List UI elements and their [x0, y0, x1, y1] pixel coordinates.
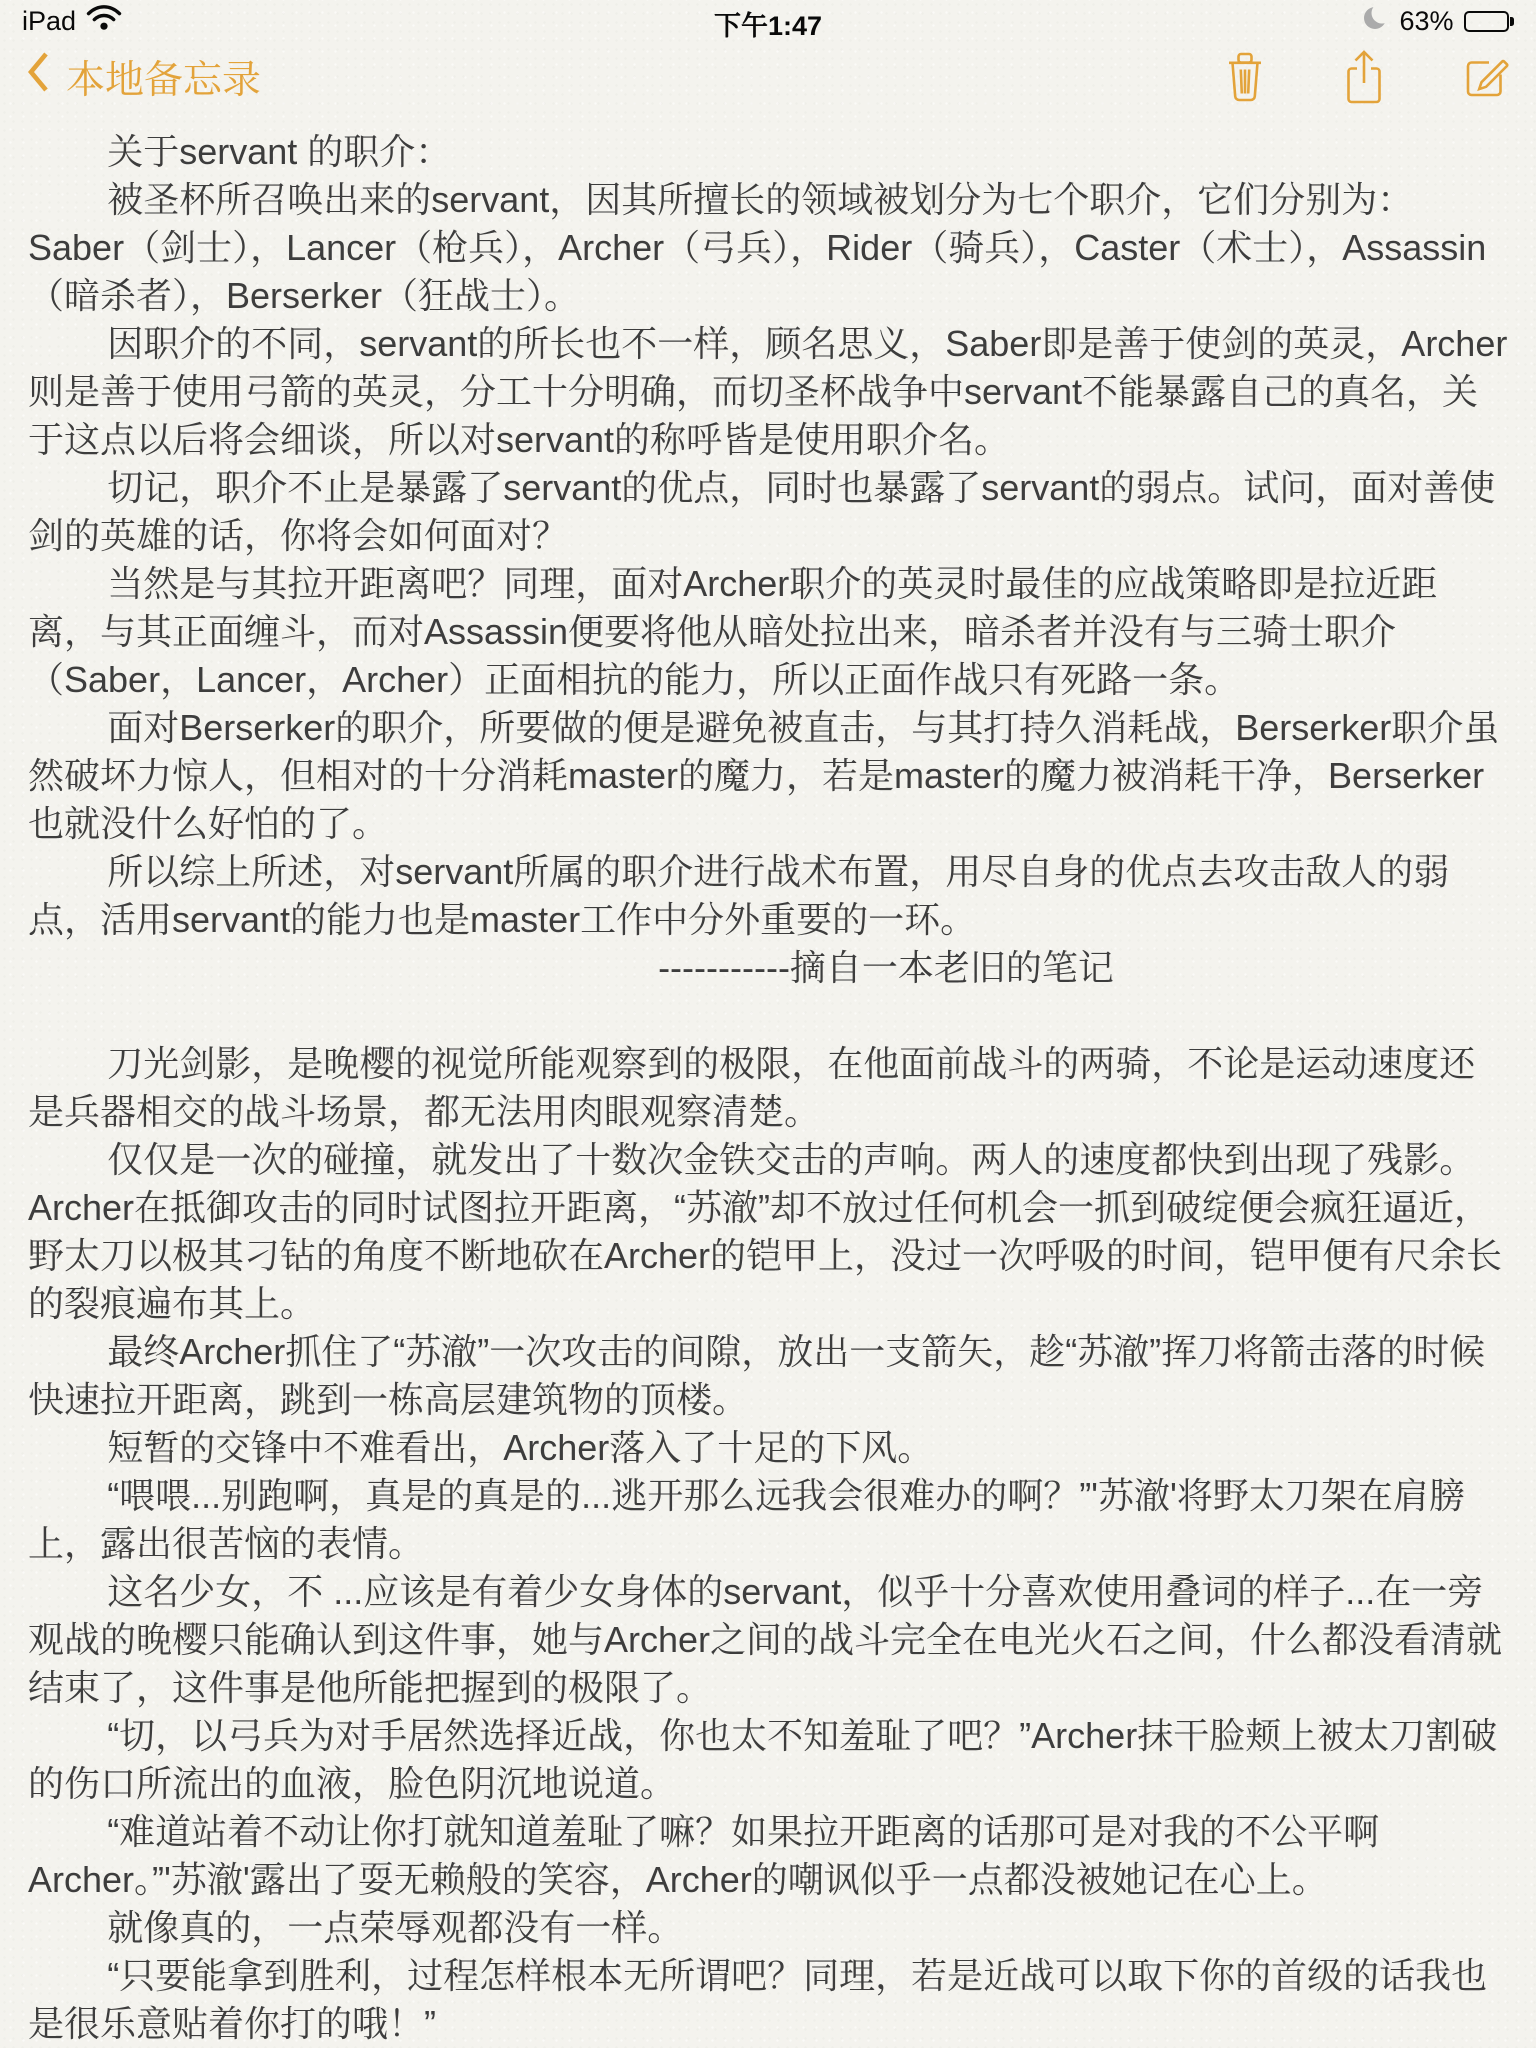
note-paragraph: 被圣杯所召唤出来的servant，因其所擅长的领域被划分为七个职介，它们分别为：…	[28, 176, 1508, 320]
share-note-button[interactable]	[1342, 49, 1386, 105]
note-paragraph: 仅仅是一次的碰撞，就发出了十数次金铁交击的声响。两人的速度都快到出现了残影。Ar…	[28, 1136, 1508, 1328]
note-paragraph: 当然是与其拉开距离吧？同理，面对Archer职介的英灵时最佳的应战策略即是拉近距…	[28, 560, 1508, 704]
note-paragraph: “切，以弓兵为对手居然选择近战，你也太不知羞耻了吧？”Archer抹干脸颊上被太…	[28, 1712, 1508, 1808]
navigation-bar: 本地备忘录	[0, 40, 1536, 114]
note-content[interactable]: 关于servant 的职介：被圣杯所召唤出来的servant，因其所擅长的领域被…	[0, 114, 1536, 2048]
blank-line	[28, 992, 1508, 1040]
compose-note-button[interactable]	[1462, 53, 1510, 101]
note-paragraph: “只要能拿到胜利，过程怎样根本无所谓吧？同理，若是近战可以取下你的首级的话我也是…	[28, 1952, 1508, 2048]
status-bar: iPad 下午1:47 63%	[0, 0, 1536, 40]
status-bar-left: iPad	[22, 4, 122, 38]
note-paragraph: 刀光剑影，是晚樱的视觉所能观察到的极限，在他面前战斗的两骑，不论是运动速度还是兵…	[28, 1040, 1508, 1136]
back-button[interactable]: 本地备忘录	[26, 49, 261, 105]
note-paragraph: 关于servant 的职介：	[28, 128, 1508, 176]
note-paragraph: 短暂的交锋中不难看出，Archer落入了十足的下风。	[28, 1424, 1508, 1472]
note-paragraph: 就像真的，一点荣辱观都没有一样。	[28, 1904, 1508, 1952]
notes-app-screen: iPad 下午1:47 63%	[0, 0, 1536, 2048]
status-bar-right: 63%	[1362, 4, 1514, 38]
delete-note-button[interactable]	[1224, 52, 1266, 102]
trash-icon	[1224, 52, 1266, 102]
compose-icon	[1462, 53, 1510, 101]
battery-percent: 63%	[1399, 6, 1453, 37]
note-paragraph: “喂喂...别跑啊，真是的真是的...逃开那么远我会很难办的啊？”'苏澈'将野太…	[28, 1472, 1508, 1568]
attribution-line: -----------摘自一本老旧的笔记	[146, 944, 1536, 992]
share-icon	[1342, 49, 1386, 105]
note-paragraph: 最终Archer抓住了“苏澈”一次攻击的间隙，放出一支箭矢，趁“苏澈”挥刀将箭击…	[28, 1328, 1508, 1424]
note-paragraph: 切记，职介不止是暴露了servant的优点，同时也暴露了servant的弱点。试…	[28, 464, 1508, 560]
note-paragraph: 因职介的不同，servant的所长也不一样，顾名思义，Saber即是善于使剑的英…	[28, 320, 1508, 464]
crescent-moon-icon	[1362, 4, 1389, 38]
note-paragraph: “难道站着不动让你打就知道羞耻了嘛？如果拉开距离的话那可是对我的不公平啊Arch…	[28, 1808, 1508, 1904]
clock: 下午1:47	[0, 4, 1536, 43]
note-paragraph: 这名少女，不 ...应该是有着少女身体的servant，似乎十分喜欢使用叠词的样…	[28, 1568, 1508, 1712]
note-paragraph: 面对Berserker的职介，所要做的便是避免被直击，与其打持久消耗战，Bers…	[28, 704, 1508, 848]
device-label: iPad	[22, 6, 76, 37]
wifi-icon	[86, 4, 122, 38]
note-paragraph: 所以综上所述，对servant所属的职介进行战术布置，用尽自身的优点去攻击敌人的…	[28, 848, 1508, 944]
back-button-label: 本地备忘录	[66, 49, 261, 105]
chevron-left-icon	[26, 50, 50, 104]
battery-icon	[1464, 11, 1515, 32]
nav-actions	[1224, 49, 1510, 105]
